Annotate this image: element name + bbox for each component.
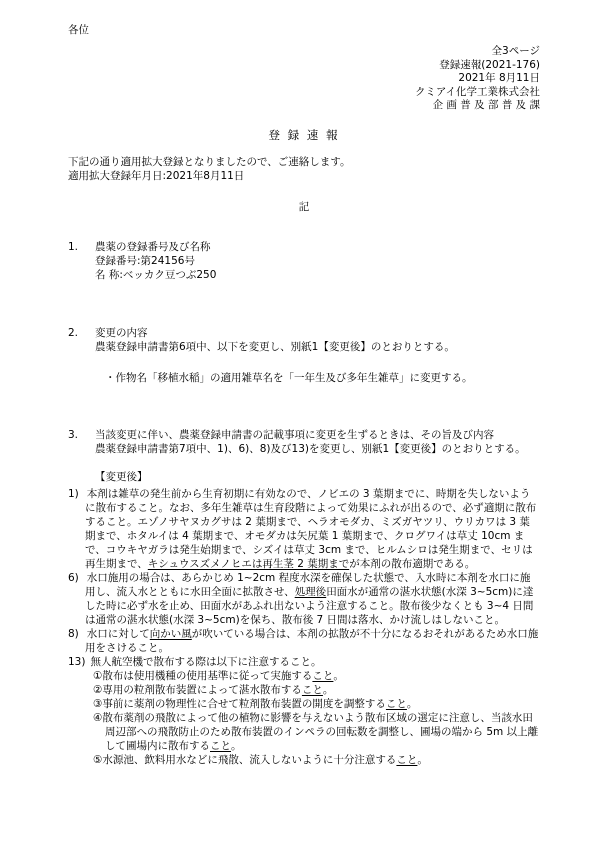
subitem-1-underlined-text: こと <box>312 670 333 682</box>
subitem-1-text: 散布は使用機種の使用基準に従って実施する <box>102 670 312 682</box>
section-2-heading-text: 変更の内容 <box>95 327 148 339</box>
subitem-3-text-end: 。 <box>407 698 418 710</box>
section-2-heading: 2.変更の内容 <box>68 326 540 340</box>
document-page: 各位 全3ページ 登録速報(2021-176) 2021年 8月11日 クミアイ… <box>0 0 596 842</box>
intro-block: 下記の通り適用拡大登録となりましたので、ご連絡します。 適用拡大登録年月日:20… <box>68 155 540 183</box>
item-6-underlined-text: 処理後 <box>295 586 327 598</box>
subitem-3-underlined-text: こと <box>386 698 407 710</box>
item-13: 13)無人航空機で散布する際は以下に注意すること。 <box>68 655 540 669</box>
subitem-5-mark: ⑤ <box>93 754 102 766</box>
section-1-number: 1. <box>68 240 95 254</box>
subitem-3-mark: ③ <box>93 698 102 710</box>
subitem-4-text-end: 。 <box>231 740 242 752</box>
issue-date: 2021年 8月11日 <box>68 72 540 86</box>
product-name-line: 名 称:ベッカク豆つぶ250 <box>68 268 540 282</box>
subitem-5-text-end: 。 <box>417 754 428 766</box>
subitem-2-underlined-text: こと <box>302 684 323 696</box>
item-13-subitem-2: ②専用の粒剤散布装置によって湛水散布すること。 <box>68 683 540 697</box>
item-1-number: 1) <box>68 488 79 500</box>
item-8-underlined-text: 向かい風 <box>150 628 192 640</box>
subitem-4-text: 散布薬剤の飛散によって他の植物に影響を与えないよう散布区域の選定に注意し、当該水… <box>102 712 538 752</box>
item-8-number: 8) <box>68 628 79 640</box>
subitem-1-text-end: 。 <box>333 670 344 682</box>
bulletin-number: 登録速報(2021-176) <box>68 59 540 73</box>
item-13-text: 無人航空機で散布する際は以下に注意すること。 <box>90 656 321 668</box>
intro-line-2: 適用拡大登録年月日:2021年8月11日 <box>68 169 540 183</box>
section-1-heading: 1.農薬の登録番号及び名称 <box>68 240 540 254</box>
section-2-number: 2. <box>68 326 95 340</box>
section-1: 1.農薬の登録番号及び名称 登録番号:第24156号 名 称:ベッカク豆つぶ25… <box>68 240 540 282</box>
item-13-number: 13) <box>68 656 85 668</box>
section-3: 3.当該変更に伴い、農薬登録申請書の記載事項に変更を生ずるときは、その旨及び内容… <box>68 428 540 484</box>
intro-line-1: 下記の通り適用拡大登録となりましたので、ご連絡します。 <box>68 155 540 169</box>
subitem-4-underlined-text: こと <box>210 740 231 752</box>
item-1-text-end: が本剤の散布適期である。 <box>349 558 475 570</box>
section-1-heading-text: 農薬の登録番号及び名称 <box>95 241 211 253</box>
item-6: 6)水口施用の場合は、あらかじめ 1~2cm 程度水深を確保した状態で、入水時に… <box>68 571 540 627</box>
item-8: 8)水口に対して向かい風が吹いている場合は、本剤の拡散が不十分になるおそれがある… <box>68 627 540 655</box>
section-3-heading: 3.当該変更に伴い、農薬登録申請書の記載事項に変更を生ずるときは、その旨及び内容 <box>68 428 540 442</box>
section-2: 2.変更の内容 農薬登録申請書第6項中、以下を変更し、別紙1【変更後】のとおりと… <box>68 326 540 385</box>
item-1: 1)本剤は雑草の発生前から生育初期に有効なので、ノビエの 3 葉期までに、時期を… <box>68 487 540 571</box>
item-13-subitem-4: ④散布薬剤の飛散によって他の植物に影響を与えないよう散布区域の選定に注意し、当該… <box>68 711 540 753</box>
subitem-2-mark: ② <box>93 684 102 696</box>
subitem-5-text: 水源池、飲料用水などに飛散、流入しないように十分注意する <box>102 754 396 766</box>
subitem-4-mark: ④ <box>93 712 102 724</box>
item-6-number: 6) <box>68 572 79 584</box>
doc-title: 登 録 速 報 <box>68 128 540 142</box>
subitem-2-text: 専用の粒剤散布装置によって湛水散布する <box>102 684 302 696</box>
recipient: 各位 <box>68 23 540 37</box>
item-13-subitem-3: ③事前に薬剤の物理性に合せて粒剤散布装置の開度を調整すること。 <box>68 697 540 711</box>
subitem-2-text-end: 。 <box>323 684 334 696</box>
section-2-body: 農薬登録申請書第6項中、以下を変更し、別紙1【変更後】のとおりとする。 <box>68 340 540 354</box>
department-name: 企 画 普 及 部 普 及 課 <box>68 99 540 113</box>
item-13-subitem-5: ⑤水源池、飲料用水などに飛散、流入しないように十分注意すること。 <box>68 753 540 767</box>
section-3-body: 農薬登録申請書第7項中、1)、6)、8)及び13)を変更し、別紙1【変更後】のと… <box>68 442 540 456</box>
company-name: クミアイ化学工業株式会社 <box>68 86 540 100</box>
subitem-1-mark: ① <box>93 670 102 682</box>
changed-items-list: 1)本剤は雑草の発生前から生育初期に有効なので、ノビエの 3 葉期までに、時期を… <box>68 487 540 767</box>
section-2-bullet: ・作物名「移植水稲」の適用雑草名を「一年生及び多年生雑草」に変更する。 <box>68 371 540 385</box>
section-3-number: 3. <box>68 428 95 442</box>
page-count: 全3ページ <box>68 45 540 59</box>
item-8-text: 水口に対して <box>87 628 150 640</box>
registration-number-line: 登録番号:第24156号 <box>68 254 540 268</box>
item-13-subitem-1: ①散布は使用機種の使用基準に従って実施すること。 <box>68 669 540 683</box>
header-right-block: 全3ページ 登録速報(2021-176) 2021年 8月11日 クミアイ化学工… <box>68 45 540 113</box>
record-marker: 記 <box>68 200 540 214</box>
section-3-heading-text: 当該変更に伴い、農薬登録申請書の記載事項に変更を生ずるときは、その旨及び内容 <box>95 429 494 441</box>
item-1-underlined-text: キシュウスズメノヒエは再生茎 2 葉期まで <box>148 558 349 570</box>
subitem-5-underlined-text: こと <box>396 754 417 766</box>
after-change-label: 【変更後】 <box>68 470 540 484</box>
subitem-3-text: 事前に薬剤の物理性に合せて粒剤散布装置の開度を調整する <box>102 698 386 710</box>
